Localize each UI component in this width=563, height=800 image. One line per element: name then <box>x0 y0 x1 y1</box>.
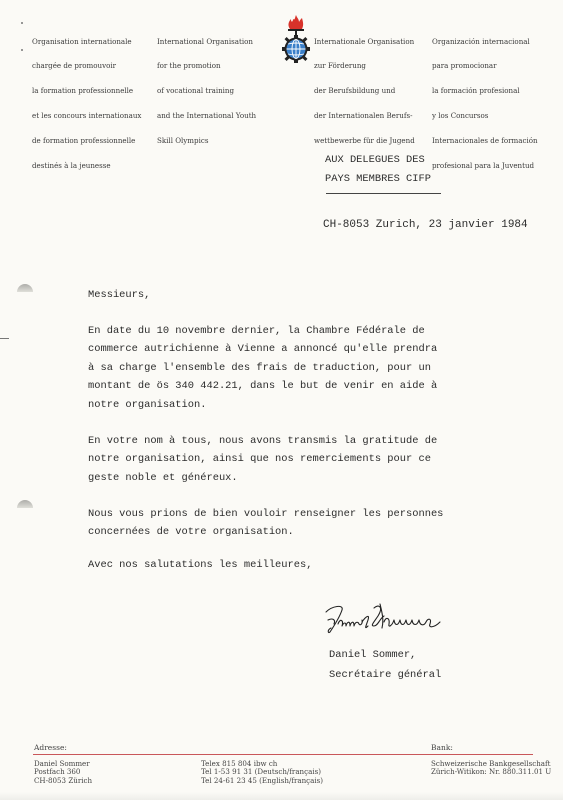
letterhead-line: der Internationalen Berufs- <box>314 112 415 120</box>
punch-hole <box>17 284 33 292</box>
body-line: En date du 10 novembre dernier, la Chamb… <box>88 322 437 340</box>
letterhead-line: profesional para la Juventud <box>432 162 538 170</box>
closing: Avec nos salutations les meilleures, <box>88 556 312 574</box>
letterhead-line: and the International Youth <box>157 112 256 120</box>
letterhead-line: Skill Olympics <box>157 137 256 145</box>
letterhead-line: Internationale Organisation <box>314 38 415 46</box>
letterhead-spanish: Organización internacional para promocio… <box>432 21 538 187</box>
letterhead: Organisation internationale chargée de p… <box>0 0 563 80</box>
letterhead-line: zur Förderung <box>314 62 415 70</box>
footer-address: Daniel Sommer Postfach 360 CH-8053 Züric… <box>34 760 92 785</box>
letterhead-line: for the promotion <box>157 62 256 70</box>
body-line: notre organisation. <box>88 396 437 414</box>
recipient-block: AUX DELEGUES DES PAYS MEMBRES CIFP <box>325 151 431 189</box>
footer-line: Zürich-Witikon: Nr. 880.311.01 U <box>431 768 551 776</box>
punch-hole <box>17 500 33 508</box>
letterhead-line: of vocational training <box>157 87 256 95</box>
signer-name: Daniel Sommer, <box>329 645 441 665</box>
letterhead-line: de formation professionnelle <box>32 137 141 145</box>
letterhead-english: International Organisation for the promo… <box>157 21 256 162</box>
recipient-underline <box>326 193 441 194</box>
address-label: Adresse: <box>34 743 67 752</box>
letter-page: Organisation internationale chargée de p… <box>0 0 563 800</box>
letterhead-line: et les concours internationaux <box>32 112 141 120</box>
letterhead-german: Internationale Organisation zur Förderun… <box>314 21 415 162</box>
body-line: En votre nom à tous, nous avons transmis… <box>88 432 437 450</box>
recipient-line: PAYS MEMBRES CIFP <box>325 170 431 189</box>
footer-line: Tel 24-61 23 45 (English/français) <box>201 777 323 785</box>
letterhead-line: destinés à la jeunesse <box>32 162 141 170</box>
letterhead-line: International Organisation <box>157 38 256 46</box>
body-line: montant de ös 340 442.21, dans le but de… <box>88 377 437 395</box>
letterhead-line: chargée de promouvoir <box>32 62 141 70</box>
body-line: Nous vous prions de bien vouloir renseig… <box>88 505 443 523</box>
footer-bank: Schweizerische Bankgesellschaft Zürich-W… <box>431 760 551 777</box>
recipient-line: AUX DELEGUES DES <box>325 151 431 170</box>
fold-mark <box>0 338 9 339</box>
letterhead-line: der Berufsbildung und <box>314 87 415 95</box>
margin-mark <box>21 22 23 24</box>
letterhead-line: Organización internacional <box>432 38 538 46</box>
letterhead-line: para promocionar <box>432 62 538 70</box>
salutation: Messieurs, <box>88 286 150 304</box>
footer-rule <box>33 754 265 755</box>
letterhead-line: la formation professionnelle <box>32 87 141 95</box>
flame-globe-gear-icon <box>281 15 311 65</box>
body-line: geste noble et généreux. <box>88 469 437 487</box>
footer-rule <box>265 754 533 755</box>
body-line: concernées de votre organisation. <box>88 523 443 541</box>
letterhead-line: Organisation internationale <box>32 38 141 46</box>
paragraph-1: En date du 10 novembre dernier, la Chamb… <box>88 322 437 414</box>
footer: Adresse: Bank: Daniel Sommer Postfach 36… <box>0 740 563 800</box>
letterhead-line: wettbewerbe für die Jugend <box>314 137 415 145</box>
footer-contact: Telex 815 804 ibw ch Tel 1-53 91 31 (Deu… <box>201 760 323 785</box>
body-line: notre organisation, ainsi que nos remerc… <box>88 450 437 468</box>
body-line: à sa charge l'ensemble des frais de trad… <box>88 359 437 377</box>
letterhead-line: Internacionales de formación <box>432 137 538 145</box>
body-line: commerce autrichienne à Vienne a annoncé… <box>88 340 437 358</box>
handwritten-signature <box>322 600 497 640</box>
dateline: CH-8053 Zurich, 23 janvier 1984 <box>323 219 528 231</box>
scan-edge-shadow <box>0 792 563 800</box>
bank-label: Bank: <box>431 743 453 752</box>
margin-mark <box>21 49 23 51</box>
letterhead-line: y los Concursos <box>432 112 538 120</box>
paragraph-2: En votre nom à tous, nous avons transmis… <box>88 432 437 487</box>
signer-title: Secrétaire général <box>329 665 441 685</box>
letterhead-line: la formación profesional <box>432 87 538 95</box>
signer-block: Daniel Sommer, Secrétaire général <box>329 645 441 685</box>
footer-line: CH-8053 Zürich <box>34 777 92 785</box>
paragraph-3: Nous vous prions de bien vouloir renseig… <box>88 505 443 542</box>
letterhead-french: Organisation internationale chargée de p… <box>32 21 141 187</box>
